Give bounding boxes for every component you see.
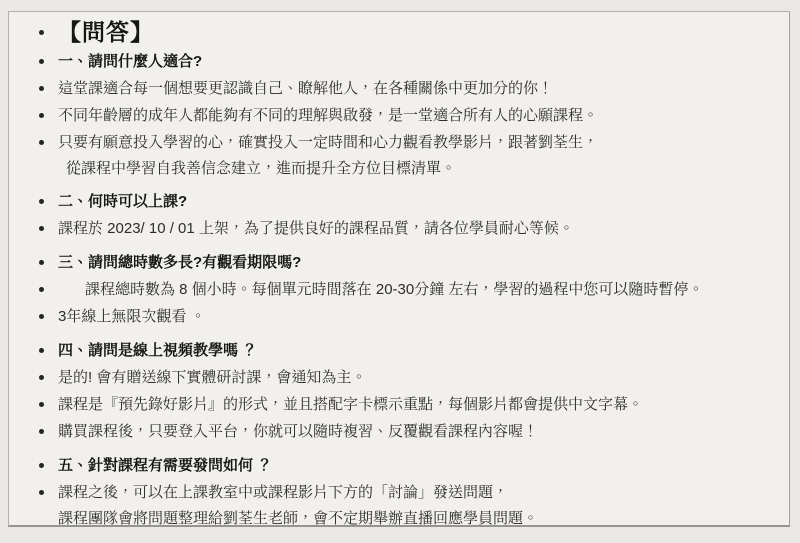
bullet-icon — [39, 314, 44, 319]
faq-item: 課程是『預先錄好影片』的形式，並且搭配字卡標示重點，每個影片都會提供中文字幕。 — [39, 391, 771, 418]
faq-item: 課程總時數為 8 個小時。每個單元時間落在 20-30分鐘 左右，學習的過程中您… — [39, 276, 771, 303]
bullet-icon — [39, 226, 44, 231]
faq-section-1: 一、請問什麼人適合? 這堂課適合每一個想要更認識自己、瞭解他人，在各種關係中更加… — [39, 48, 771, 181]
bullet-icon — [39, 287, 44, 292]
section-heading-row: 五、針對課程有需要發問如何 ？ — [39, 452, 771, 479]
faq-item-continuation: 從課程中學習自我善信念建立，進而提升全方位目標清單。 — [39, 156, 771, 181]
faq-item-text: 課程於 2023/ 10 / 01 上架，為了提供良好的課程品質，請各位學員耐心… — [58, 215, 574, 242]
section-heading-row: 二、何時可以上課? — [39, 188, 771, 215]
faq-item-text: 課程總時數為 8 個小時。每個單元時間落在 20-30分鐘 左右，學習的過程中您… — [58, 276, 703, 303]
bullet-icon — [39, 199, 44, 204]
section-heading-row: 一、請問什麼人適合? — [39, 48, 771, 75]
faq-title: 【問答】 — [58, 16, 154, 48]
section-heading: 二、何時可以上課? — [58, 188, 187, 215]
faq-item-text: 只要有願意投入學習的心，確實投入一定時間和心力觀看教學影片，跟著劉荃生， — [58, 129, 598, 156]
bullet-icon — [39, 30, 44, 35]
faq-item: 3年線上無限次觀看 。 — [39, 303, 771, 330]
faq-section-4: 四、請問是線上視頻教學嗎 ？ 是的! 會有贈送線下實體研討課，會通知為主。 課程… — [39, 337, 771, 445]
section-heading: 一、請問什麼人適合? — [58, 48, 202, 75]
section-heading: 五、針對課程有需要發問如何 ？ — [58, 452, 272, 479]
faq-item-text: 不同年齡層的成年人都能夠有不同的理解與啟發，是一堂適合所有人的心願課程。 — [58, 102, 598, 129]
bullet-icon — [39, 463, 44, 468]
faq-title-row: 【問答】 — [39, 16, 771, 48]
bullet-icon — [39, 348, 44, 353]
faq-item-text: 是的! 會有贈送線下實體研討課，會通知為主。 — [58, 364, 366, 391]
bullet-icon — [39, 402, 44, 407]
faq-item-text: 3年線上無限次觀看 。 — [58, 303, 206, 330]
bullet-icon — [39, 375, 44, 380]
faq-item-text: 這堂課適合每一個想要更認識自己、瞭解他人，在各種關係中更加分的你！ — [58, 75, 553, 102]
section-heading: 四、請問是線上視頻教學嗎 ？ — [58, 337, 257, 364]
faq-item: 只要有願意投入學習的心，確實投入一定時間和心力觀看教學影片，跟著劉荃生， — [39, 129, 771, 156]
faq-item: 這堂課適合每一個想要更認識自己、瞭解他人，在各種關係中更加分的你！ — [39, 75, 771, 102]
faq-section-5: 五、針對課程有需要發問如何 ？ 課程之後，可以在上課教室中或課程影片下方的「討論… — [39, 452, 771, 531]
faq-section-3: 三、請問總時數多長?有觀看期限嗎? 課程總時數為 8 個小時。每個單元時間落在 … — [39, 249, 771, 330]
faq-panel: 【問答】 一、請問什麼人適合? 這堂課適合每一個想要更認識自己、瞭解他人，在各種… — [8, 11, 790, 527]
bullet-icon — [39, 86, 44, 91]
faq-item-continuation: 課程團隊會將問題整理給劉荃生老師，會不定期舉辦直播回應學員問題。 — [39, 506, 771, 531]
faq-item-text: 課程之後，可以在上課教室中或課程影片下方的「討論」發送問題， — [58, 479, 508, 506]
bullet-icon — [39, 140, 44, 145]
section-heading-row: 四、請問是線上視頻教學嗎 ？ — [39, 337, 771, 364]
faq-item-text: 課程是『預先錄好影片』的形式，並且搭配字卡標示重點，每個影片都會提供中文字幕。 — [58, 391, 643, 418]
bullet-icon — [39, 113, 44, 118]
section-heading-row: 三、請問總時數多長?有觀看期限嗎? — [39, 249, 771, 276]
bullet-icon — [39, 59, 44, 64]
bullet-icon — [39, 429, 44, 434]
faq-item: 課程於 2023/ 10 / 01 上架，為了提供良好的課程品質，請各位學員耐心… — [39, 215, 771, 242]
section-heading: 三、請問總時數多長?有觀看期限嗎? — [58, 249, 301, 276]
bullet-icon — [39, 260, 44, 265]
faq-item: 是的! 會有贈送線下實體研討課，會通知為主。 — [39, 364, 771, 391]
faq-item-text: 購買課程後，只要登入平台，你就可以隨時複習、反覆觀看課程內容喔！ — [58, 418, 538, 445]
faq-item: 購買課程後，只要登入平台，你就可以隨時複習、反覆觀看課程內容喔！ — [39, 418, 771, 445]
faq-item: 不同年齡層的成年人都能夠有不同的理解與啟發，是一堂適合所有人的心願課程。 — [39, 102, 771, 129]
faq-item: 課程之後，可以在上課教室中或課程影片下方的「討論」發送問題， — [39, 479, 771, 506]
faq-section-2: 二、何時可以上課? 課程於 2023/ 10 / 01 上架，為了提供良好的課程… — [39, 188, 771, 242]
bullet-icon — [39, 490, 44, 495]
